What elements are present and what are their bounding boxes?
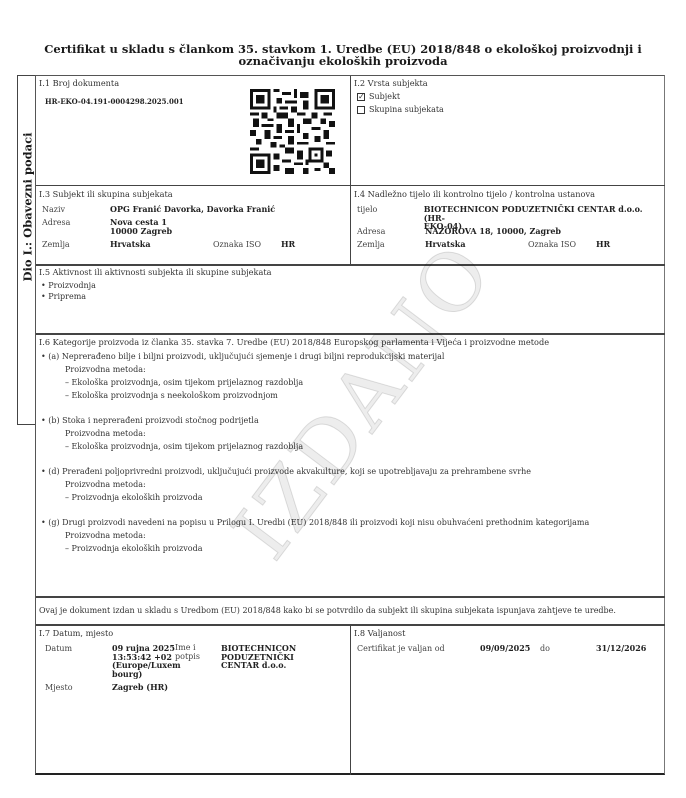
category-heading: • (g) Drugi proizvodi navedeni na popisu… — [41, 517, 659, 528]
section-entity-type: I.2 Vrsta subjekta ✓ Subjekt Skupina sub… — [354, 78, 662, 184]
valid-label: Certifikat je valjan od — [357, 644, 480, 653]
divider — [36, 264, 665, 266]
divider — [350, 625, 351, 775]
category-heading: • (b) Stoka i neprerađeni proizvodi stoč… — [41, 415, 659, 426]
checkbox-skupina[interactable]: Skupina subjekata — [357, 105, 662, 114]
divider — [36, 185, 665, 186]
tijelo-line1: BIOTECHNICON PODUZETNIČKI CENTAR d.o.o. … — [424, 205, 662, 222]
section-product-categories: I.6 Kategorije proizvoda iz članka 35. s… — [39, 337, 659, 593]
category-heading: • (d) Prerađeni poljoprivredni proizvodi… — [41, 466, 659, 477]
category-a: • (a) Neprerađeno bilje i biljni proizvo… — [41, 351, 659, 401]
checkbox-label: Subjekt — [369, 92, 400, 101]
section-title: I.4 Nadležno tijelo ili kontrolno tijelo… — [354, 189, 662, 199]
checkbox-label: Skupina subjekata — [369, 105, 444, 114]
zemlja-value: Hrvatska — [425, 240, 528, 249]
zemlja-label: Zemlja — [42, 240, 110, 249]
qr-code-icon — [250, 84, 335, 179]
adresa-line2: 10000 Zagreb — [110, 227, 172, 236]
adresa-label: Adresa — [357, 227, 425, 236]
activity-item: • Priprema — [41, 291, 659, 302]
mjesto-label: Mjesto — [45, 683, 112, 692]
certificate-form: I.1 Broj dokumenta HR-EKO-04.191-0004298… — [35, 75, 665, 775]
section-title: I.3 Subjekt ili skupina subjekata — [39, 189, 349, 199]
category-d: • (d) Prerađeni poljoprivredni proizvodi… — [41, 466, 659, 503]
section-title: I.7 Datum, mjesto — [39, 628, 349, 638]
method-item: – Ekološka proizvodnja, osim tijekom pri… — [65, 441, 659, 452]
category-heading: • (a) Neprerađeno bilje i biljni proizvo… — [41, 351, 659, 362]
section-validity: I.8 Valjanost Certifikat je valjan od 09… — [354, 628, 662, 768]
issuance-statement: Ovaj je dokument izdan u skladu s Uredbo… — [39, 605, 659, 621]
statement-text: Ovaj je dokument izdan u skladu s Uredbo… — [39, 605, 659, 616]
certificate-title: Certifikat u skladu s člankom 35. stavko… — [0, 43, 686, 67]
ime-label-line: potpis — [175, 653, 221, 662]
iso-value: HR — [596, 240, 610, 249]
category-b: • (b) Stoka i neprerađeni proizvodi stoč… — [41, 415, 659, 452]
divider — [350, 76, 351, 264]
method-item: – Proizvodnja ekoloških proizvoda — [65, 492, 659, 503]
iso-label: Oznaka ISO — [528, 240, 596, 249]
section-title: I.5 Aktivnost ili aktivnosti subjekta il… — [39, 267, 659, 277]
checkbox-unchecked-icon — [357, 106, 365, 114]
method-item: – Ekološka proizvodnja, osim tijekom pri… — [65, 377, 659, 388]
section-title: I.2 Vrsta subjekta — [354, 78, 662, 88]
naziv-value: OPG Franić Davorka, Davorka Franić — [110, 205, 275, 214]
method-label: Proizvodna metoda: — [65, 479, 659, 490]
section-title: I.8 Valjanost — [354, 628, 662, 638]
section-document-number: I.1 Broj dokumenta HR-EKO-04.191-0004298… — [39, 78, 349, 184]
zemlja-value: Hrvatska — [110, 240, 213, 249]
mjesto-value: Zagreb (HR) — [112, 683, 168, 692]
zemlja-label: Zemlja — [357, 240, 425, 249]
section-date-place: I.7 Datum, mjesto Datum 09 rujna 2025 13… — [39, 628, 349, 768]
category-g: • (g) Drugi proizvodi navedeni na popisu… — [41, 517, 659, 554]
activity-item: • Proizvodnja — [41, 280, 659, 291]
divider — [36, 596, 665, 598]
iso-label: Oznaka ISO — [213, 240, 281, 249]
naziv-label: Naziv — [42, 205, 110, 214]
side-label: Dio I.: Obavezni podaci — [18, 76, 36, 338]
adresa-value: NAZOROVA 18, 10000, Zagreb — [425, 227, 561, 236]
checkbox-subjekt[interactable]: ✓ Subjekt — [357, 92, 662, 101]
section-activities: I.5 Aktivnost ili aktivnosti subjekta il… — [39, 267, 659, 331]
iso-value: HR — [281, 240, 295, 249]
valid-to: 31/12/2026 — [596, 644, 646, 653]
method-item: – Ekološka proizvodnja s neekološkom pro… — [65, 390, 659, 401]
divider — [36, 333, 665, 335]
method-label: Proizvodna metoda: — [65, 530, 659, 541]
section-subject: I.3 Subjekt ili skupina subjekata Naziv … — [39, 189, 349, 263]
title-line-2: označivanju ekoloških proizvoda — [0, 55, 686, 67]
section-title: I.6 Kategorije proizvoda iz članka 35. s… — [39, 337, 659, 347]
ime-line: CENTAR d.o.o. — [221, 661, 296, 670]
valid-from: 09/09/2025 — [480, 644, 540, 653]
section-authority: I.4 Nadležno tijelo ili kontrolno tijelo… — [354, 189, 662, 263]
method-item: – Proizvodnja ekoloških proizvoda — [65, 543, 659, 554]
do-label: do — [540, 644, 596, 653]
datum-line: bourg) — [112, 670, 175, 679]
method-label: Proizvodna metoda: — [65, 364, 659, 375]
adresa-label: Adresa — [42, 218, 110, 235]
side-label-text: Dio I.: Obavezni podaci — [20, 133, 34, 282]
checkbox-checked-icon: ✓ — [357, 93, 365, 101]
method-label: Proizvodna metoda: — [65, 428, 659, 439]
datum-label: Datum — [45, 644, 112, 678]
